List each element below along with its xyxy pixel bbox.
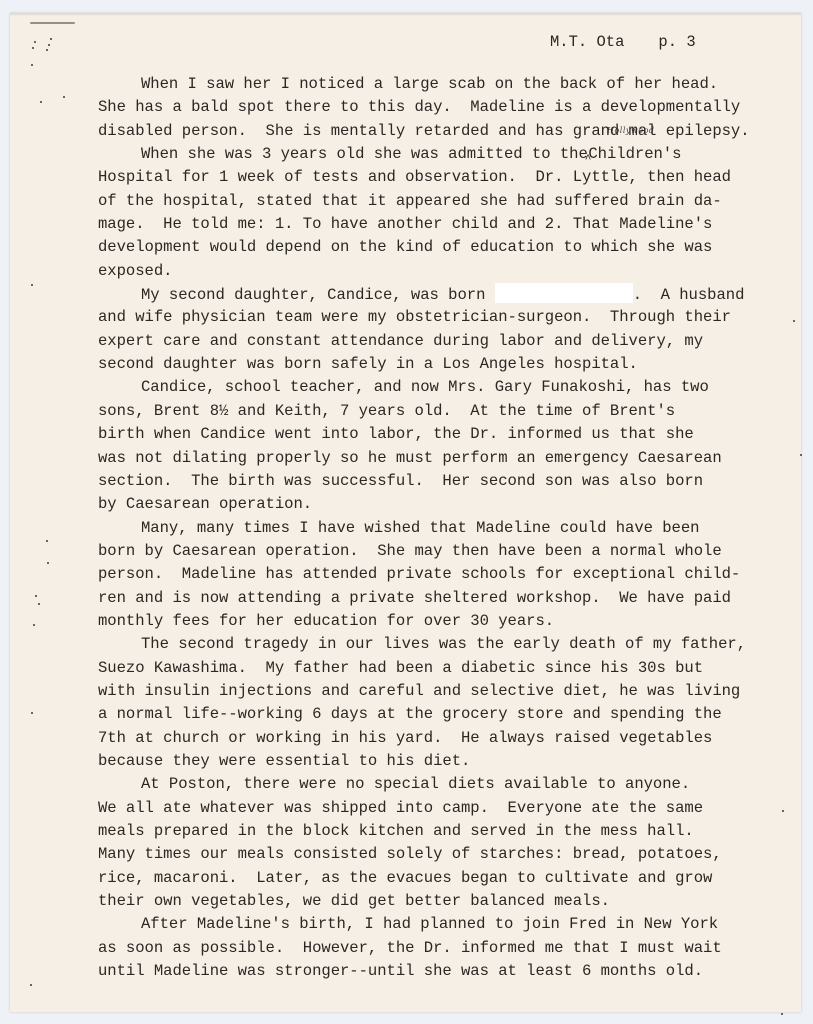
ink-speck bbox=[782, 810, 784, 812]
ink-speck bbox=[31, 284, 33, 286]
text-line: 7th at church or working in his yard. He… bbox=[98, 727, 798, 750]
body-text: When I saw her I noticed a large scab on… bbox=[98, 73, 798, 983]
text-line: second daughter was born safely in a Los… bbox=[98, 353, 798, 376]
text-line: Hospital for 1 week of tests and observa… bbox=[98, 166, 798, 189]
text-line: Candice, school teacher, and now Mrs. Ga… bbox=[98, 376, 798, 399]
text-line: birth when Candice went into labor, the … bbox=[98, 423, 798, 446]
text-line: Many times our meals consisted solely of… bbox=[98, 843, 798, 866]
insertion-caret: ^ bbox=[585, 154, 592, 166]
page-number: p. 3 bbox=[658, 33, 695, 51]
ink-speck bbox=[31, 64, 33, 66]
ink-speck bbox=[47, 562, 49, 564]
text-line: She has a bald spot there to this day. M… bbox=[98, 96, 798, 119]
text-line: because they were essential to his diet. bbox=[98, 750, 798, 773]
text-line: At Poston, there were no special diets a… bbox=[98, 773, 798, 796]
ink-speck bbox=[31, 712, 33, 714]
text-line: My second daughter, Candice, was born . … bbox=[98, 283, 798, 306]
text-line: section. The birth was successful. Her s… bbox=[98, 470, 798, 493]
text-line: by Caesarean operation. bbox=[98, 493, 798, 516]
text-line: monthly fees for her education for over … bbox=[98, 610, 798, 633]
text-segment: My second daughter, Candice, was born bbox=[141, 286, 495, 304]
ink-speck bbox=[46, 49, 48, 51]
text-line: ren and is now attending a private shelt… bbox=[98, 587, 798, 610]
ink-speck bbox=[48, 44, 50, 46]
ink-speck bbox=[40, 101, 42, 103]
text-line: a normal life--working 6 days at the gro… bbox=[98, 703, 798, 726]
ink-speck bbox=[50, 38, 52, 40]
ink-smudge bbox=[30, 22, 75, 24]
page-header: M.T. Otap. 3 bbox=[550, 33, 696, 51]
ink-speck bbox=[63, 96, 65, 98]
text-line: until Madeline was stronger--until she w… bbox=[98, 960, 798, 983]
text-line: development would depend on the kind of … bbox=[98, 236, 798, 259]
text-line: sons, Brent 8½ and Keith, 7 years old. A… bbox=[98, 400, 798, 423]
text-line: expert care and constant attendance duri… bbox=[98, 330, 798, 353]
ink-speck bbox=[781, 1013, 783, 1015]
typewritten-page: M.T. Otap. 3 Hollywood When I saw her I … bbox=[10, 13, 801, 1012]
paper-edge-shadow bbox=[10, 13, 801, 16]
ink-speck bbox=[46, 540, 48, 542]
text-line: and wife physician team were my obstetri… bbox=[98, 306, 798, 329]
text-line: meals prepared in the block kitchen and … bbox=[98, 820, 798, 843]
text-line: After Madeline's birth, I had planned to… bbox=[98, 913, 798, 936]
text-line: was not dilating properly so he must per… bbox=[98, 447, 798, 470]
text-line: disabled person. She is mentally retarde… bbox=[98, 120, 798, 143]
ink-speck bbox=[793, 320, 795, 322]
ink-speck bbox=[38, 603, 40, 605]
ink-speck bbox=[35, 595, 37, 597]
author-label: M.T. Ota bbox=[550, 33, 624, 51]
text-line: of the hospital, stated that it appeared… bbox=[98, 190, 798, 213]
text-line: The second tragedy in our lives was the … bbox=[98, 633, 798, 656]
ink-speck bbox=[33, 624, 35, 626]
text-line: mage. He told me: 1. To have another chi… bbox=[98, 213, 798, 236]
ink-speck bbox=[32, 47, 34, 49]
text-line: exposed. bbox=[98, 260, 798, 283]
ink-speck bbox=[800, 454, 802, 456]
text-line: person. Madeline has attended private sc… bbox=[98, 563, 798, 586]
redaction-box bbox=[495, 283, 633, 303]
text-line: born by Caesarean operation. She may the… bbox=[98, 540, 798, 563]
text-line: as soon as possible. However, the Dr. in… bbox=[98, 937, 798, 960]
text-line: When I saw her I noticed a large scab on… bbox=[98, 73, 798, 96]
text-segment: . A husband bbox=[633, 286, 745, 304]
text-line: Suezo Kawashima. My father had been a di… bbox=[98, 657, 798, 680]
text-line: rice, macaroni. Later, as the evacues be… bbox=[98, 867, 798, 890]
text-segment: Children's bbox=[588, 145, 681, 163]
ink-speck bbox=[34, 41, 36, 43]
text-segment: When she was 3 years old she was admitte… bbox=[141, 145, 588, 163]
text-line: We all ate whatever was shipped into cam… bbox=[98, 797, 798, 820]
ink-speck bbox=[30, 984, 32, 986]
text-line: Many, many times I have wished that Made… bbox=[98, 517, 798, 540]
text-line: with insulin injections and careful and … bbox=[98, 680, 798, 703]
text-line: their own vegetables, we did get better … bbox=[98, 890, 798, 913]
text-line: When she was 3 years old she was admitte… bbox=[98, 143, 798, 166]
